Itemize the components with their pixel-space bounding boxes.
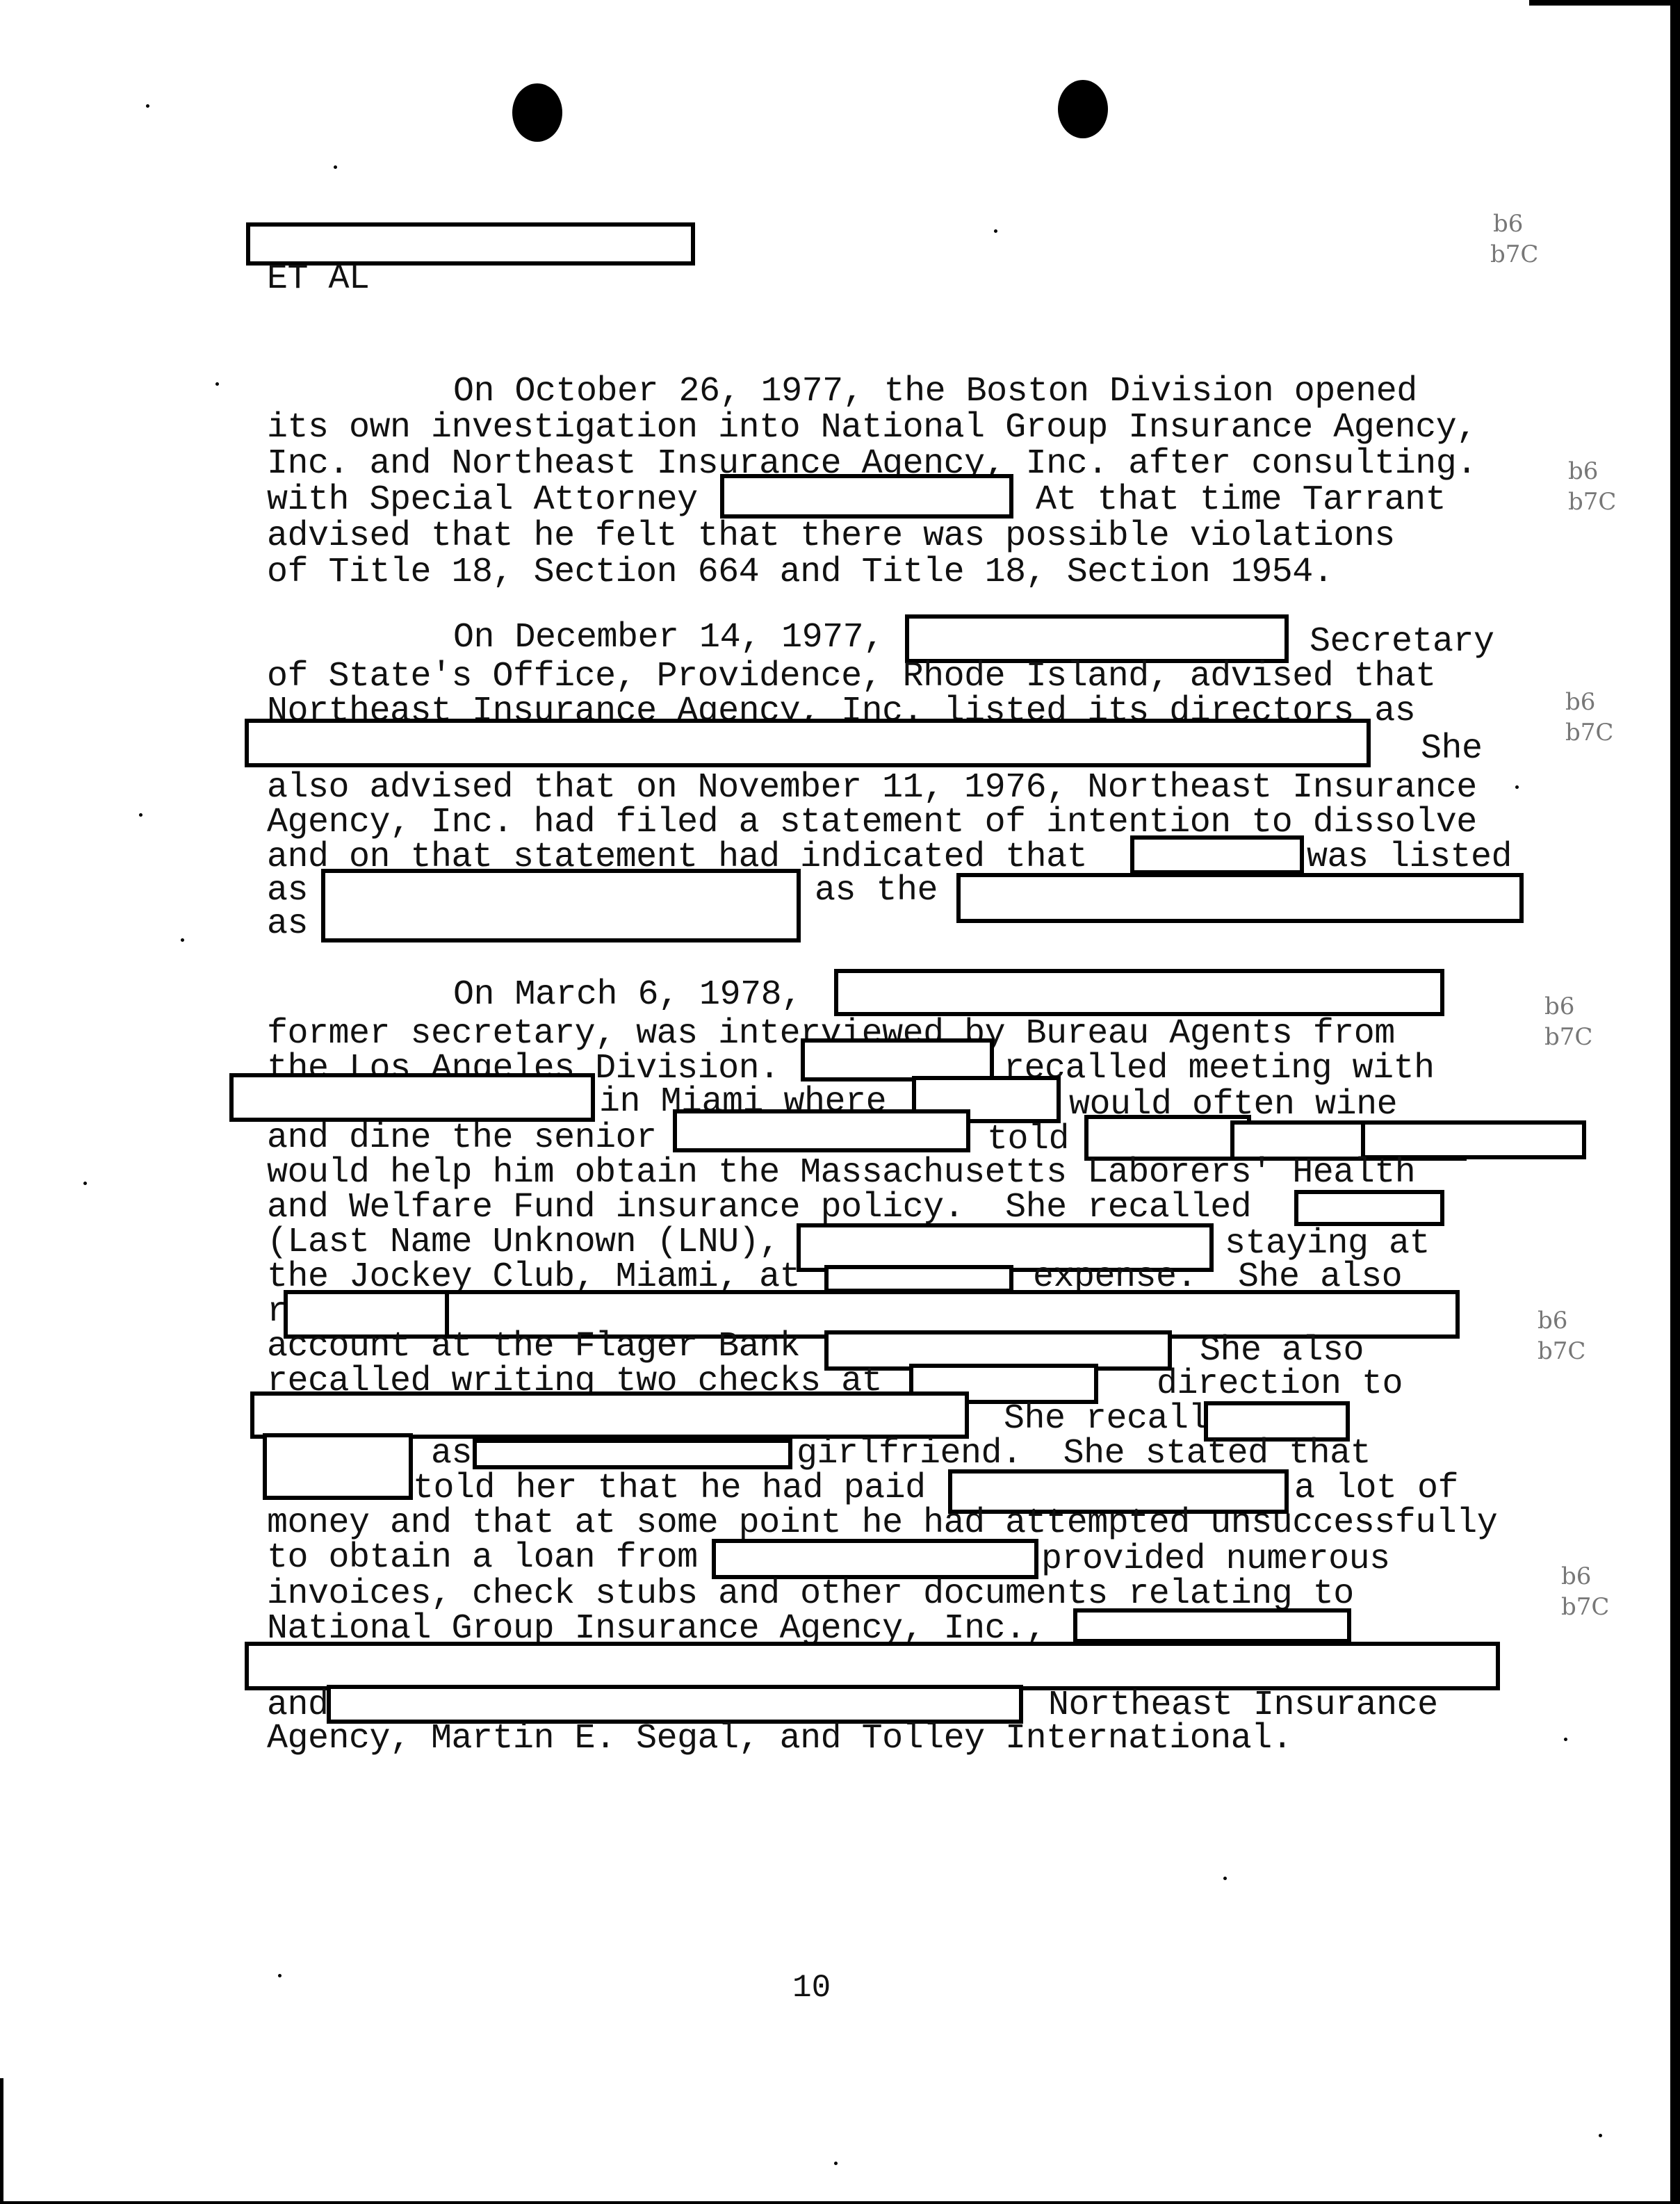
scan-speck: [1223, 1877, 1227, 1880]
scan-edge-right: [1670, 0, 1680, 2204]
redaction-box: [1130, 835, 1304, 874]
scan-edge-top: [1529, 0, 1680, 6]
redaction-box: [1073, 1608, 1351, 1643]
scan-speck: [83, 1182, 87, 1185]
paragraph-2-line: as the: [815, 873, 938, 909]
redaction-box: [245, 719, 1371, 767]
paragraph-3-line: Agency, Martin E. Segal, and Tolley Inte…: [267, 1721, 1292, 1757]
scan-speck: [181, 938, 184, 942]
redaction-box: [824, 1265, 1013, 1293]
exemption-code: b6: [1568, 456, 1598, 487]
redaction-box: [245, 1642, 1500, 1690]
paragraph-3-line: to obtain a loan from: [267, 1540, 698, 1576]
paragraph-2-line: She: [1421, 731, 1483, 767]
scan-edge-left: [0, 2078, 3, 2204]
paragraph-3-line: as: [431, 1436, 472, 1472]
exemption-code: b6: [1544, 991, 1574, 1022]
paragraph-2-line: was listed: [1307, 840, 1512, 876]
scan-speck: [334, 165, 337, 169]
exemption-code: b6: [1538, 1305, 1567, 1336]
scan-speck: [1599, 2134, 1602, 2137]
redaction-box: [801, 1038, 994, 1081]
exemption-code: b6: [1565, 687, 1595, 717]
exemption-code: b7C: [1568, 487, 1616, 517]
paragraph-1-line: its own investigation into National Grou…: [267, 410, 1477, 446]
paragraph-3-line: direction to: [1157, 1366, 1403, 1403]
paragraph-2-line: On December 14, 1977,: [453, 620, 884, 656]
exemption-code: b7C: [1490, 239, 1538, 270]
redaction-box: [956, 873, 1524, 923]
paragraph-3-line: and Welfare Fund insurance policy. She r…: [267, 1190, 1251, 1226]
scan-speck: [994, 229, 997, 233]
paragraph-1-line: On October 26, 1977, the Boston Division…: [453, 374, 1417, 410]
paragraph-1-line: of Title 18, Section 664 and Title 18, S…: [267, 555, 1333, 591]
punch-hole-left: [512, 83, 562, 142]
scan-speck: [139, 813, 142, 817]
header-label: ET AL: [267, 261, 370, 297]
scan-edge-bottom: [0, 2201, 1680, 2204]
paragraph-3-line: money and that at some point he had atte…: [267, 1505, 1497, 1542]
exemption-code: b7C: [1565, 717, 1613, 748]
paragraph-3-line: girlfriend. She stated that: [797, 1436, 1371, 1472]
redaction-box: [720, 474, 1013, 519]
exemption-code: b7C: [1544, 1022, 1592, 1052]
punch-hole-right: [1058, 80, 1108, 138]
paragraph-3-line: (Last Name Unknown (LNU),: [267, 1225, 780, 1261]
redaction-box: [321, 869, 801, 942]
paragraph-1-line: advised that he felt that there was poss…: [267, 519, 1395, 555]
paragraph-3-line: On March 6, 1978,: [453, 977, 802, 1013]
scan-speck: [146, 104, 149, 108]
exemption-code: b7C: [1561, 1592, 1609, 1622]
redaction-box: [229, 1073, 595, 1122]
redaction-box: [250, 1391, 969, 1439]
paragraph-2-line: Secretary: [1310, 624, 1494, 660]
redaction-box: [834, 969, 1444, 1016]
paragraph-3-line: a lot of: [1294, 1471, 1458, 1507]
exemption-code: b6: [1561, 1561, 1591, 1592]
paragraph-3-line: told her that he had paid: [413, 1471, 926, 1507]
redaction-box: [1294, 1190, 1444, 1226]
paragraph-2-line: of State's Office, Providence, Rhode Isl…: [267, 659, 1436, 695]
scan-speck: [215, 382, 219, 386]
paragraph-2-line: as: [267, 906, 308, 942]
redaction-box: [473, 1439, 792, 1469]
scan-speck: [1515, 785, 1519, 789]
page-number: 10: [792, 1970, 831, 2006]
paragraph-2-line: also advised that on November 11, 1976, …: [267, 770, 1477, 806]
redaction-box: [327, 1685, 1023, 1724]
scan-speck: [278, 1974, 282, 1977]
paragraph-3-line: account at the Flager Bank: [267, 1329, 800, 1365]
paragraph-1-line: with Special Attorney: [267, 482, 698, 519]
redaction-box: [673, 1109, 970, 1152]
document-page: ET AL b6 b7C b6 b7C b6 b7C b6 b7C b6 b7C…: [0, 0, 1680, 2204]
redaction-box: [263, 1433, 413, 1500]
scan-speck: [834, 2162, 838, 2165]
exemption-code: b7C: [1538, 1336, 1585, 1366]
paragraph-3-line: provided numerous: [1041, 1542, 1390, 1578]
paragraph-3-line: recalled meeting with: [1004, 1051, 1435, 1087]
paragraph-1-line: At that time Tarrant: [1036, 482, 1446, 519]
paragraph-3-line: and dine the senior: [267, 1120, 657, 1157]
paragraph-3-line: invoices, check stubs and other document…: [267, 1576, 1354, 1613]
redaction-box: [905, 614, 1289, 663]
redaction-box: [712, 1539, 1038, 1579]
paragraph-3-line: would help him obtain the Massachusetts …: [267, 1155, 1415, 1191]
scan-speck: [1564, 1738, 1567, 1741]
exemption-code: b6: [1493, 209, 1523, 239]
